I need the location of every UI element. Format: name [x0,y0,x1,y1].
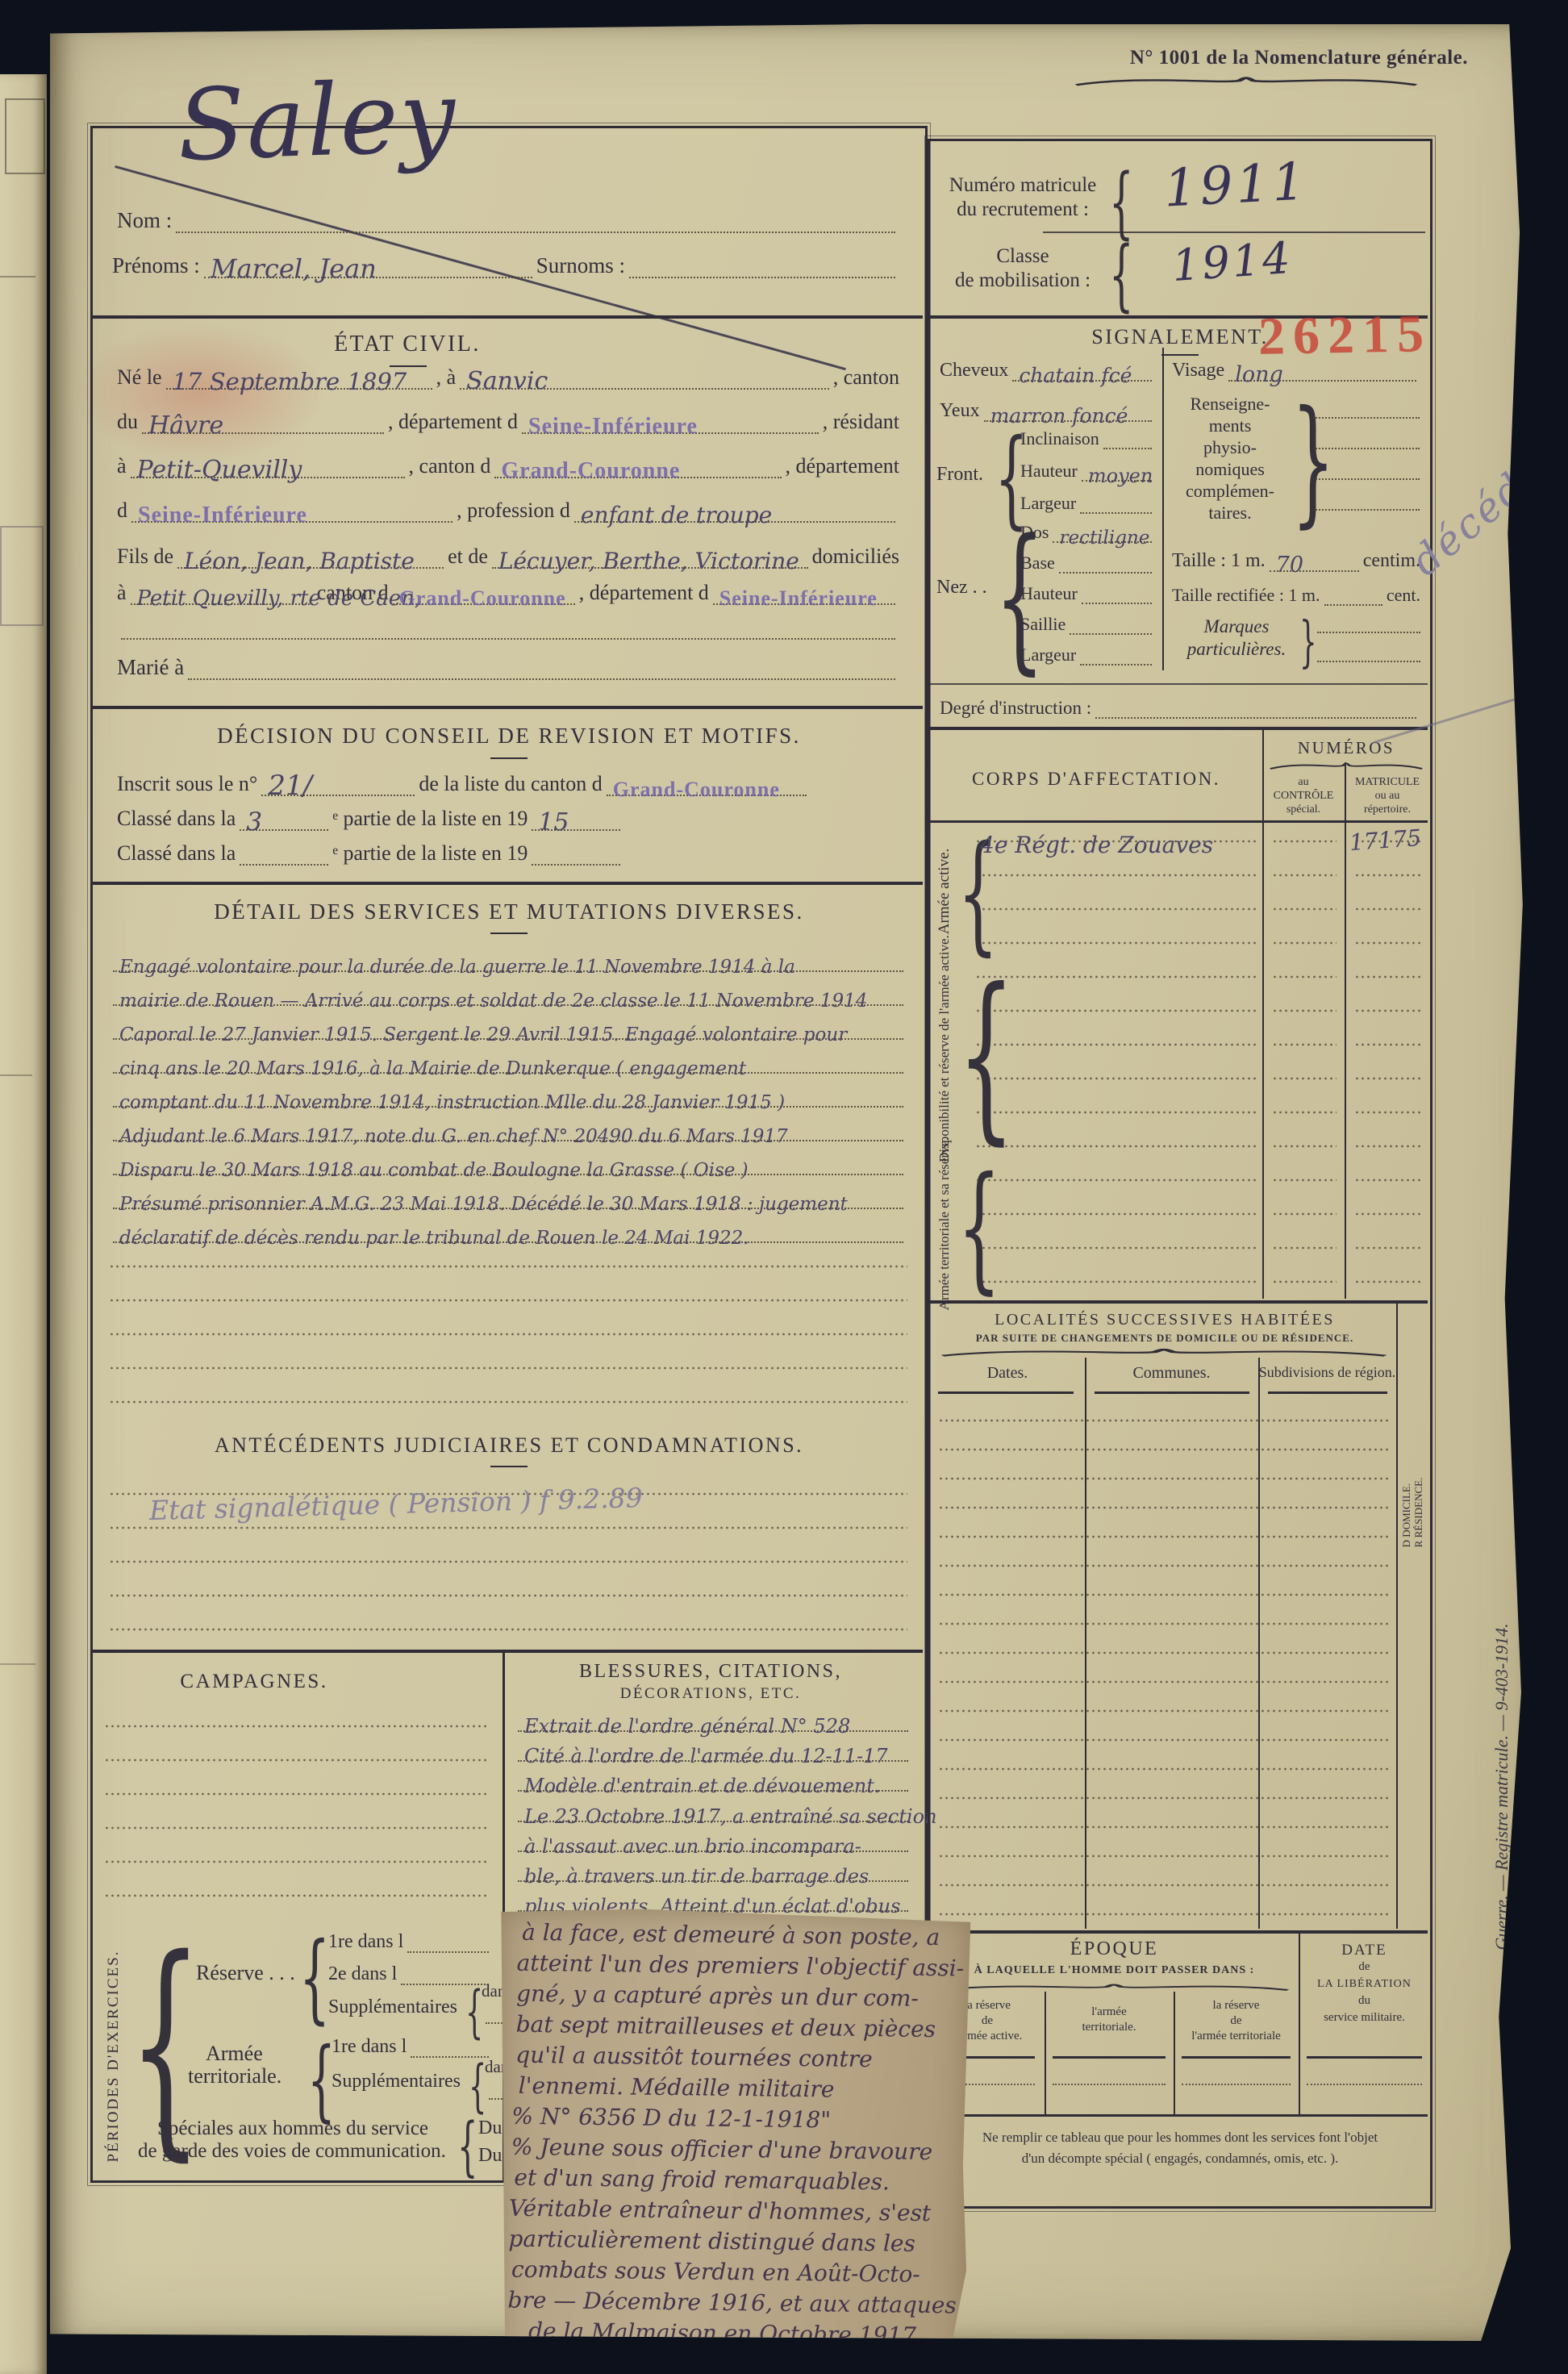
flourish-divider [1269,761,1424,770]
blessures-line: ble, à travers un tir de barrage des [514,1853,912,1882]
empty-field [121,635,895,640]
prenoms-label: Prénoms : [112,253,200,278]
scanned-register-photo: N° 1001 de la Nomenclature générale. Sal… [0,0,1568,2374]
epoque-title: ÉPOQUE [930,1938,1299,1960]
nez-dos: Dos rectiligne [1020,519,1156,543]
left-form-box: Saley Nom : Prénoms : Marcel, Jean Surno… [90,126,928,2183]
blessures-title-1: BLESSURES, CITATIONS, [509,1661,912,1683]
inclinaison-field [1103,444,1152,449]
title-underline [490,757,528,759]
saillie-label: Saillie [1020,614,1065,635]
blessures-field: Cité à l'ordre de l'armée du 12-11-17 [518,1757,908,1762]
blessures-line: Extrait de l'ordre général N° 528 [514,1703,912,1732]
matricule-h-l1: MATRICULE [1345,775,1430,789]
rens-dots [1313,478,1420,480]
ep-c2-l1: l'armée [1045,2005,1174,2020]
hauteur-label: Hauteur [1020,461,1078,482]
liste-canton-field: Grand-Couronne [607,791,807,796]
slip-line: bat sept mitrailleuses et deux pièces [516,2011,936,2042]
attached-citation-slip: à la face, est demeuré à son poste, a at… [496,1907,971,2371]
col-underline [938,1391,1074,1394]
reserve-label: Réserve . . . [196,1961,295,1985]
footnote-line2: d'un décompte spécial ( engagés, condamn… [936,2148,1424,2169]
services-line: Caporal le 27 Janvier 1915. Sergent le 2… [109,1008,907,1040]
canton-label: , canton [833,365,899,390]
pere-value: Léon, Jean, Baptiste [184,548,415,574]
services-text: déclaratif de décès rendu par le tribuna… [119,1228,749,1249]
canton3-field: Grand-Couronne [393,600,575,605]
epoque-footnote: Ne remplir ce tableau que pour les homme… [936,2127,1424,2169]
fils-de-label: Fils de [117,544,173,569]
naissance-lieu: Sanvic [466,367,548,395]
residence: Petit-Quevilly [137,456,302,484]
taille-label: Taille : 1 m. [1172,550,1266,572]
du-label: du [117,410,138,434]
services-line: Présumé prisonnier A.M.G. 23 Mai 1918. D… [109,1177,907,1209]
localites-title: LOCALITÉS SUCCESSIVES HABITÉES [930,1311,1399,1329]
suppl-brace: { [465,1984,483,2040]
flourish-divider [936,1982,1291,1992]
localites-col-divider [1396,1300,1398,1929]
corps-rows-matricule [1354,827,1422,1299]
dr-line1: D DOMICILE. [1400,1478,1412,1548]
marie-line: Marié à [117,649,899,680]
dr-line2: R RÉSIDENCE. [1412,1478,1424,1548]
a2-label: à [117,454,127,478]
col-communes: Communes. [1085,1364,1258,1383]
dept1-field: Seine-Inférieure [522,429,819,434]
renseignements-label: Renseigne- ments physio- nomiques complé… [1174,393,1287,524]
ep-c3-l2: de [1174,2013,1299,2029]
hauteur-label: Hauteur [1020,583,1078,604]
classe2-v-field [240,861,328,866]
col-underline [1182,2056,1291,2059]
marques-dots [1317,661,1420,662]
dept-label: , département d [388,410,518,434]
slip-line: bre — Décembre 1916, et aux attaques [507,2287,957,2319]
corps-row1-matricule: 17175 [1349,824,1422,856]
corps-title: CORPS D'AFFECTATION. [930,769,1262,790]
epoque-col3: la réserve de l'armée territoriale [1174,1998,1299,2044]
slip-line: l'ennemi. Médaille militaire [519,2072,835,2103]
marie-field [188,675,895,680]
hauteur-field: moyen [1082,477,1152,482]
matricule-label-line2: du recrutement : [938,198,1107,222]
profession-label: , profession d [457,499,570,523]
mere-field: Lécuyer, Berthe, Victorine [492,564,808,569]
inscrit-no-field: 21/ [261,791,415,796]
blessures-field: Extrait de l'ordre général N° 528 [518,1727,908,1732]
services-field: comptant du 11 Novembre 1914, instructio… [113,1103,903,1108]
nomenclature-heading: N° 1001 de la Nomenclature générale. [1130,47,1468,69]
nez-label: Nez . . [936,577,987,599]
canton-naissance-field: Hâvre [142,429,384,434]
prenoms-value: Marcel, Jean [211,253,377,284]
canton-naissance: Hâvre [148,411,223,440]
blessures-line: plus violents. Atteint d'un éclat d'obus [514,1883,912,1912]
right-form-box: Numéro matricule du recrutement : { 1911… [928,139,1432,2209]
section-divider [90,706,923,709]
classe1-an-field: 15 [532,826,620,831]
dept1-stamp: Seine-Inférieure [528,414,698,440]
degre-label: Degré d'instruction : [940,698,1091,719]
blessures-field: à l'assaut avec un brio incompara- [518,1847,908,1852]
profession-value: enfant de troupe [581,502,772,528]
rens-l4: nomiques [1174,458,1287,480]
matricule-label-line1: Numéro matricule [938,173,1107,198]
services-field: Caporal le 27 Janvier 1915. Sergent le 2… [113,1035,903,1040]
degre-line: Degré d'instruction : [940,691,1420,719]
yeux-label: Yeux [940,400,980,422]
speciales-brace: { [457,2114,477,2179]
naissance-date-field: 17 Septembre 1897 [166,385,432,390]
epoque-bottom-rule [928,2114,1428,2117]
taille-field: 70 [1270,567,1359,572]
surname-signature: Saley [176,59,459,183]
ec-empty-line [117,615,899,640]
dos-label: Dos [1020,522,1049,543]
canton2-label: , canton d [409,454,491,478]
date-l4: du [1299,1992,1430,2009]
blessures-line: Modèle d'entrain et de dévouement. [514,1763,912,1792]
speciales-label-2: de garde des voies de communication. [138,2140,446,2163]
a-label: , à [436,365,457,390]
matricule-divider [1043,232,1425,233]
nez-saillie: Saillie [1020,611,1156,635]
classe2-an-field [532,861,620,866]
taille-rect-line: Taille rectifiée : 1 m. cent. [1172,577,1420,606]
services-line: Engagé volontaire pour la durée de la gu… [109,940,907,972]
reserve-1re: 1re dans l [328,1931,403,1953]
signalement-divider [1162,348,1164,670]
slip-line: et d'un sang froid remarquables. [514,2164,890,2196]
taille-line: Taille : 1 m. 70 centim. [1172,543,1420,572]
blessures-field: Modèle d'entrain et de dévouement. [518,1787,908,1792]
section-divider [90,882,923,885]
classe1-v-field: 3 [240,826,328,831]
blessures-title-2: DÉCORATIONS, ETC. [509,1685,912,1703]
flourish-divider [938,1346,1390,1358]
section-divider [90,1650,923,1653]
matricule-header: MATRICULE ou au répertoire. [1345,775,1430,816]
classe-label-line2: de mobilisation : [938,269,1107,293]
marques-dots [1317,632,1420,633]
slip-line: qu'il a aussitôt tournées contre [515,2042,873,2072]
corps-header-rule [928,820,1428,823]
rens-l5: complémen- [1174,480,1287,502]
degre-field [1095,714,1416,719]
nom-line: Nom : [117,202,899,233]
ec-line-6: à Petit Quevilly, rte de Caen, canton d … [117,573,899,605]
naissance-date: 17 Septembre 1897 [173,368,407,395]
slip-line: combats sous Verdun en Août-Octo- [511,2256,920,2288]
prenoms-field: Marcel, Jean [204,273,532,278]
corps-rows [975,827,1256,1299]
canton3-stamp: Grand-Couronne [399,586,566,611]
divider [928,683,1428,685]
dept2-label: , département [786,454,900,478]
base-label: Base [1020,553,1055,574]
services-field: Disparu le 30 Mars 1918 au combat de Bou… [113,1170,903,1175]
d-label: d [117,499,127,523]
marques-brace: } [1299,615,1317,670]
taille-rect-field [1324,601,1382,606]
flourish-divider [1073,74,1420,87]
col-underline [1053,2056,1166,2059]
cheveux-value: chatain fcé [1019,364,1132,387]
suppl2-label: Supplémentaires [332,2071,461,2092]
matricule-label: Numéro matricule du recrutement : [938,173,1107,222]
du-label: Du [478,2145,502,2167]
ne-le-label: Né le [117,365,162,390]
reserve-brace: { [299,1930,330,2027]
inscrit-no: 21/ [268,770,312,802]
nom-label: Nom : [117,208,172,233]
largeur-field [1080,509,1152,514]
corps-col-divider [1345,762,1346,1299]
col-underline [1307,2056,1422,2059]
date-liberation-header: DATE de LA LIBÉRATION du service militai… [1299,1942,1430,2026]
services-line: cinq ans le 20 Mars 1916, à la Mairie de… [109,1041,907,1074]
canton2-stamp: Grand-Couronne [501,458,680,484]
inclinaison-label: Inclinaison [1020,428,1099,449]
marques-label: Marques particulières. [1180,615,1293,661]
yeux-line: Yeux marron foncé [940,393,1156,422]
domicilies-label: domiciliés [812,544,899,569]
ec-line-2: du Hâvre , département d Seine-Inférieur… [117,402,899,434]
dept3-stamp: Seine-Inférieure [719,586,878,611]
numeros-heading: NUMÉROS [1262,738,1430,758]
blessures-field: Le 23 Octobre 1917, a entraîné sa sectio… [518,1817,908,1822]
matricule-value: 1911 [1162,152,1310,219]
classe-value: 1914 [1170,232,1294,291]
groupe-armee-active: Armée active. [936,849,953,935]
epoque-row-dots [1182,2084,1291,2085]
epoque-row-dots [1307,2084,1422,2085]
epoque-subtitle: À LAQUELLE L'HOMME DOIT PASSER DANS : [930,1964,1299,1977]
blessures-line: Cité à l'ordre de l'armée du 12-11-17 [514,1733,912,1762]
slip-line: à la face, est demeuré à son poste, a [522,1919,940,1951]
marques-l1: Marques [1180,615,1293,638]
ep-c2-l2: territoriale. [1045,2020,1174,2035]
territoriale-label-2: territoriale. [188,2064,281,2088]
services-line: mairie de Rouen — Arrivé au corps et sol… [109,974,907,1006]
etat-civil-title: ÉTAT CIVIL. [93,332,722,357]
date-l2: de [1299,1959,1430,1976]
col-subdivisions: Subdivisions de région. [1258,1364,1396,1381]
slip-line: de la Malmaison en Octobre 1917 [528,2318,916,2349]
red-stamp-number: 26215 [1257,303,1432,368]
ec-line-4: d Seine-Inférieure , profession d enfant… [117,490,899,523]
classe-brace: { [1109,236,1134,314]
nez-hauteur: Hauteur [1020,580,1156,604]
blessures-field: ble, à travers un tir de barrage des [518,1877,908,1882]
cheveux-line: Cheveux chatain fcé [940,353,1156,382]
services-line: Adjudant le 6 Mars 1917, note du G. en c… [109,1109,907,1141]
dept3-label: , département d [579,581,709,605]
classe1-line: Classé dans la 3 ᵉ partie de la liste en… [117,800,682,831]
naissance-lieu-field: Sanvic [460,385,829,390]
surnoms-label: Surnoms : [536,253,625,278]
services-field: Engagé volontaire pour la durée de la gu… [113,967,903,972]
base-field [1059,569,1152,574]
services-field: Présumé prisonnier A.M.G. 23 Mai 1918. D… [113,1204,903,1209]
classe1-value: 3 [246,807,262,837]
col-underline [1268,1391,1387,1394]
classe1-label: Classé dans la [117,807,236,831]
hauteur-value: moyen [1088,465,1153,487]
profession-field: enfant de troupe [574,518,895,523]
speciales-label-1: Spéciales aux hommes du service [157,2117,428,2140]
liste-canton-stamp: Grand-Couronne [613,778,780,802]
corps-rows-controle [1272,827,1337,1299]
services-field: déclaratif de décès rendu par le tribuna… [113,1238,903,1243]
section-divider [928,1300,1428,1304]
title-underline [490,932,528,934]
campagnes-title: CAMPAGNES. [109,1671,399,1693]
dept2-stamp: Seine-Inférieure [138,503,307,528]
dos-field: rectiligne [1053,538,1152,543]
taille-rect-label: Taille rectifiée : 1 m. [1172,585,1320,606]
footnote-line1: Ne remplir ce tableau que pour les homme… [936,2127,1424,2148]
classe1-an: 15 [538,808,569,837]
controle-l1: au [1262,775,1345,789]
suppl-label: Supplémentaires [328,1996,457,2018]
services-field: mairie de Rouen — Arrivé au corps et sol… [113,1001,903,1006]
front-hauteur: Hauteur moyen [1020,457,1156,482]
classe-label-line1: Classe [938,244,1107,269]
front-inclinaison: Inclinaison [1020,425,1156,449]
canton2-field: Grand-Couronne [494,474,781,478]
decision-title: DÉCISION DU CONSEIL DE REVISION ET MOTIF… [93,724,925,749]
rens-l6: taires. [1174,502,1287,524]
ec-line-1: Né le 17 Septembre 1897 , à Sanvic , can… [117,357,899,390]
pere-field: Léon, Jean, Baptiste [177,564,444,569]
services-field: cinq ans le 20 Mars 1916, à la Mairie de… [113,1069,903,1074]
prenoms-line: Prénoms : Marcel, Jean Surnoms : [112,248,899,278]
inscrit-label: Inscrit sous le n° [117,772,257,796]
liste-label: de la liste du canton d [419,772,602,796]
adjacent-page-edge [0,74,47,2374]
localites-rows [938,1403,1390,1929]
dept2v-field: Seine-Inférieure [131,518,452,523]
register-page: N° 1001 de la Nomenclature générale. Sal… [50,24,1541,2341]
a3-label: à [117,581,127,605]
largeur2-field [1080,661,1152,665]
residence-field: Petit-Quevilly [131,474,405,478]
col-underline [1095,1391,1249,1394]
date-l3: LA LIBÉRATION [1299,1976,1430,1992]
suppl2-brace: { [469,2058,486,2114]
territoriale-1re: 1re dans l [332,2036,407,2058]
title-underline [490,1466,528,1467]
classe2-label: Classé dans la [117,841,236,866]
epoque-col2: l'armée territoriale. [1045,2005,1174,2035]
matricule-h-l2: ou au [1345,789,1430,803]
controle-l3: spécial. [1262,803,1345,816]
slip-line: atteint l'un des premiers l'objectif ass… [516,1950,964,1982]
col-dates: Dates. [930,1364,1085,1383]
section-divider [90,315,923,319]
adjacent-page-box [5,98,45,174]
matricule-h-l3: répertoire. [1345,803,1430,816]
hauteur2-field [1082,599,1152,604]
blank-dotted-lines [109,1250,907,1419]
services-title: DÉTAIL DES SERVICES ET MUTATIONS DIVERSE… [93,899,925,924]
periodes-rotated-label: PÉRIODES D'EXERCICES. [105,1951,123,2163]
groupe-brace: { [957,966,1015,1147]
services-line: déclaratif de décès rendu par le tribuna… [109,1211,907,1243]
slip-line: Véritable entraîneur d'hommes, s'est [509,2195,932,2226]
marie-label: Marié à [117,655,184,680]
dos-value: rectiligne [1059,528,1149,549]
controle-header: au CONTRÔLE spécial. [1262,775,1345,816]
inscrit-line: Inscrit sous le n° 21/ de la liste du ca… [117,764,811,796]
classe2-suite: ᵉ partie de la liste en 19 [332,841,528,866]
slip-line: gné, y a capturé après un dur com- [516,1980,919,2012]
groupe-territoriale: Armée territoriale et sa réserve. [936,1137,953,1311]
campagnes-blank-lines [104,1709,490,1913]
reserve-row-1: 1re dans l [328,1929,493,1953]
taille-value: 70 [1276,553,1303,578]
domicile-value: Petit Quevilly, rte de Caen, [137,586,422,611]
classe-label: Classe de mobilisation : [938,244,1107,293]
cheveux-label: Cheveux [940,360,1008,382]
adjacent-page-box [0,526,44,626]
slip-line: % Jeune sous officier d'une bravoure [511,2134,933,2165]
visage-label: Visage [1172,360,1224,382]
printer-imprint-vertical: Guerre. — Registre matricule. — 9-403-19… [1491,1569,1512,2005]
services-field: Adjudant le 6 Mars 1917, note du G. en c… [113,1137,903,1141]
ep-c3-l3: l'armée territoriale [1174,2029,1299,2044]
localites-subtitle: PAR SUITE DE CHANGEMENTS DE DOMICILE OU … [930,1332,1399,1345]
ec-line-3: à Petit-Quevilly , canton d Grand-Couron… [117,446,899,478]
nom-field [176,228,895,233]
date-l5: service militaire. [1299,2009,1430,2026]
domicile-residence-rotated: D DOMICILE. R RÉSIDENCE. [1400,1478,1424,1548]
section-divider [928,1930,1428,1934]
slip-line: % N° 6356 D du 12-1-1918" [511,2103,831,2134]
dept3-field: Seine-Inférieure [713,600,895,605]
du-label: Du [478,2117,502,2139]
saillie-field [1070,630,1152,635]
services-line: comptant du 11 Novembre 1914, instructio… [109,1075,907,1108]
corps-row1-value: 4e Régt. de Zouaves [980,832,1213,858]
rens-dots [1313,417,1420,419]
marques-l2: particulières. [1180,638,1293,661]
cheveux-field: chatain fcé [1012,377,1152,382]
epoque-row-dots [1053,2084,1166,2085]
residant-label: , résidant [823,410,899,434]
territoriale-label-1: Armée [206,2042,263,2066]
slip-line: particulièrement distingué dans les [508,2226,915,2257]
ec-line-5: Fils de Léon, Jean, Baptiste et de Lécuy… [117,536,899,569]
ep-c3-l1: la réserve [1174,1998,1299,2013]
et-de-label: et de [448,544,488,569]
blessures-line: Le 23 Octobre 1917, a entraîné sa sectio… [514,1793,912,1822]
front-label: Front. [936,464,983,486]
largeur-label: Largeur [1020,645,1076,665]
rens-dots [1313,509,1420,511]
rens-l3: physio- [1174,436,1287,458]
groupe-brace: { [957,1159,1001,1296]
nez-largeur: Largeur [1020,641,1156,665]
blessures-line: à l'assaut avec un brio incompara- [514,1823,912,1852]
classe2-line: Classé dans la ᵉ partie de la liste en 1… [117,835,682,866]
cent-label: cent. [1387,585,1420,606]
antecedents-title: ANTÉCÉDENTS JUDICIAIRES ET CONDAMNATIONS… [93,1433,925,1458]
adjacent-page-line [0,1663,35,1665]
